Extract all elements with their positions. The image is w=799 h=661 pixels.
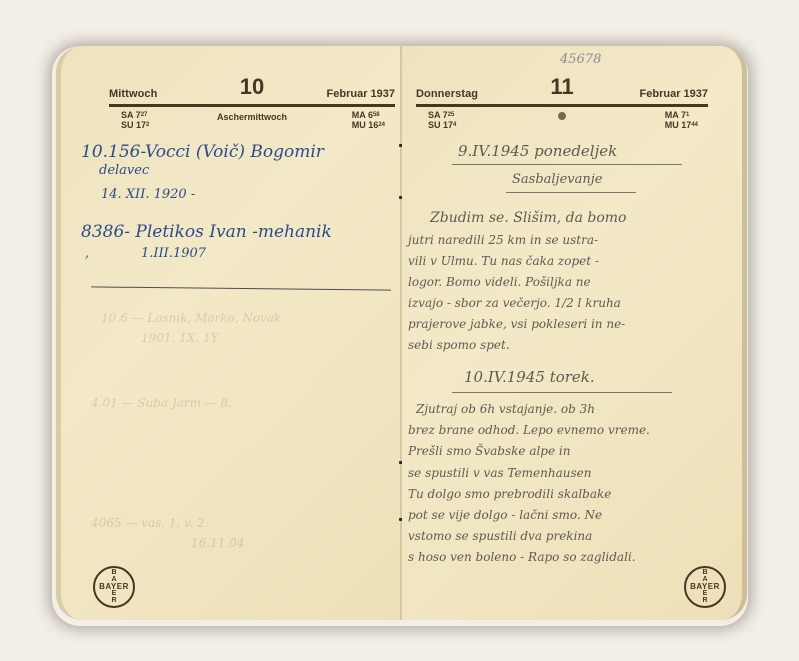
- diary-line: Prešli smo Švabske alpe in: [408, 444, 570, 458]
- bayer-logo: BAYER BAER: [93, 566, 135, 608]
- handwritten-entry: 8386- Pletikos Ivan -mehanik: [81, 222, 332, 242]
- diary-spread: Mittwoch 10 Februar 1937 SA 727 SU 172 A…: [50, 40, 750, 625]
- bleed-through-text: 10.6 — Lasnik, Marko, Novak: [101, 311, 281, 325]
- pencil-underline: [452, 392, 672, 393]
- left-page: Mittwoch 10 Februar 1937 SA 727 SU 172 A…: [56, 46, 407, 620]
- diary-line: Zjutraj ob 6h vstajanje. ob 3h: [416, 402, 595, 416]
- month-year: Februar 1937: [640, 88, 708, 100]
- pencil-underline: [506, 192, 636, 193]
- moon-times: MA 71 MU 1744: [665, 110, 698, 130]
- right-page: Donnerstag 11 Februar 1937 SA 725 SU 174…: [402, 46, 747, 620]
- bayer-logo-vertical: BAER: [110, 569, 118, 604]
- moon-times: MA 658 MU 1624: [352, 110, 385, 130]
- archive-number: 45678: [560, 52, 601, 67]
- entry-subheading: Sasbaljevanje: [512, 172, 602, 187]
- ink-divider-line: [91, 286, 391, 290]
- diary-line: sebi spomo spet.: [408, 338, 510, 352]
- bleed-through-text: 4.01 — Suba Jarm — 8.: [91, 396, 232, 410]
- sun-times: SA 725 SU 174: [428, 110, 456, 130]
- diary-line: se spustili v vas Temenhausen: [408, 466, 591, 480]
- handwritten-entry: ,: [85, 246, 89, 261]
- handwritten-entry: delavec: [99, 163, 149, 178]
- diary-line: s hoso ven boleno - Rapo so zaglidali.: [408, 550, 636, 564]
- moon-phase-icon: [558, 112, 566, 120]
- sunset-min: 2: [146, 122, 149, 128]
- diary-line: vstomo se spustili dva prekina: [408, 529, 592, 543]
- sunrise-min: 25: [448, 112, 455, 118]
- left-page-header: Mittwoch 10 Februar 1937 SA 727 SU 172 A…: [109, 74, 395, 130]
- sunrise: SA 7: [428, 110, 448, 120]
- bleed-through-text: 1901. 1X. 1Y: [141, 331, 219, 345]
- handwritten-entry: 1.III.1907: [141, 246, 206, 261]
- moonset: MU 16: [352, 120, 379, 130]
- diary-line: Zbudim se. Slišim, da bomo: [430, 210, 626, 226]
- bleed-through-text: 4065 — vas. 1, v. 2.: [91, 516, 209, 530]
- moonset: MU 17: [665, 120, 692, 130]
- moonset-min: 24: [378, 122, 385, 128]
- entry-date-heading: 10.IV.1945 torek.: [464, 368, 595, 386]
- handwritten-entry: 14. XII. 1920 -: [101, 187, 195, 202]
- bayer-logo-vertical: BAER: [701, 569, 709, 604]
- sunset: SU 17: [428, 120, 453, 130]
- right-page-header: Donnerstag 11 Februar 1937 SA 725 SU 174…: [416, 74, 708, 130]
- diary-line: prajerove jabke, vsi pokleseri in ne-: [408, 317, 625, 331]
- entry-date-heading: 9.IV.1945 ponedeljek: [458, 142, 617, 160]
- diary-line: pot se vije dolgo - lačni smo. Ne: [408, 508, 602, 522]
- header-rule: [416, 104, 708, 107]
- moonrise: MA 6: [352, 110, 373, 120]
- diary-line: Tu dolgo smo prebrodili skalbake: [408, 487, 611, 501]
- bayer-logo: BAYER BAER: [684, 566, 726, 608]
- header-rule: [109, 104, 395, 107]
- bleed-through-text: 16.11.04: [191, 536, 244, 550]
- moonrise: MA 7: [665, 110, 686, 120]
- sunset-min: 4: [453, 122, 456, 128]
- month-year: Februar 1937: [327, 88, 395, 100]
- diary-line: izvajo - sbor za večerjo. 1/2 l kruha: [408, 296, 621, 310]
- diary-line: brez brane odhod. Lepo evnemo vreme.: [408, 423, 650, 437]
- moonrise-min: 58: [373, 112, 380, 118]
- moonrise-min: 1: [686, 112, 689, 118]
- pencil-underline: [452, 164, 682, 165]
- diary-line: jutri naredili 25 km in se ustra-: [408, 233, 598, 247]
- handwritten-entry: 10.156-Vocci (Voič) Bogomir: [81, 142, 324, 162]
- diary-line: logor. Bomo videli. Pošiljka ne: [408, 275, 591, 289]
- moonset-min: 44: [691, 122, 698, 128]
- diary-line: vili v Ulmu. Tu nas čaka zopet -: [408, 254, 599, 268]
